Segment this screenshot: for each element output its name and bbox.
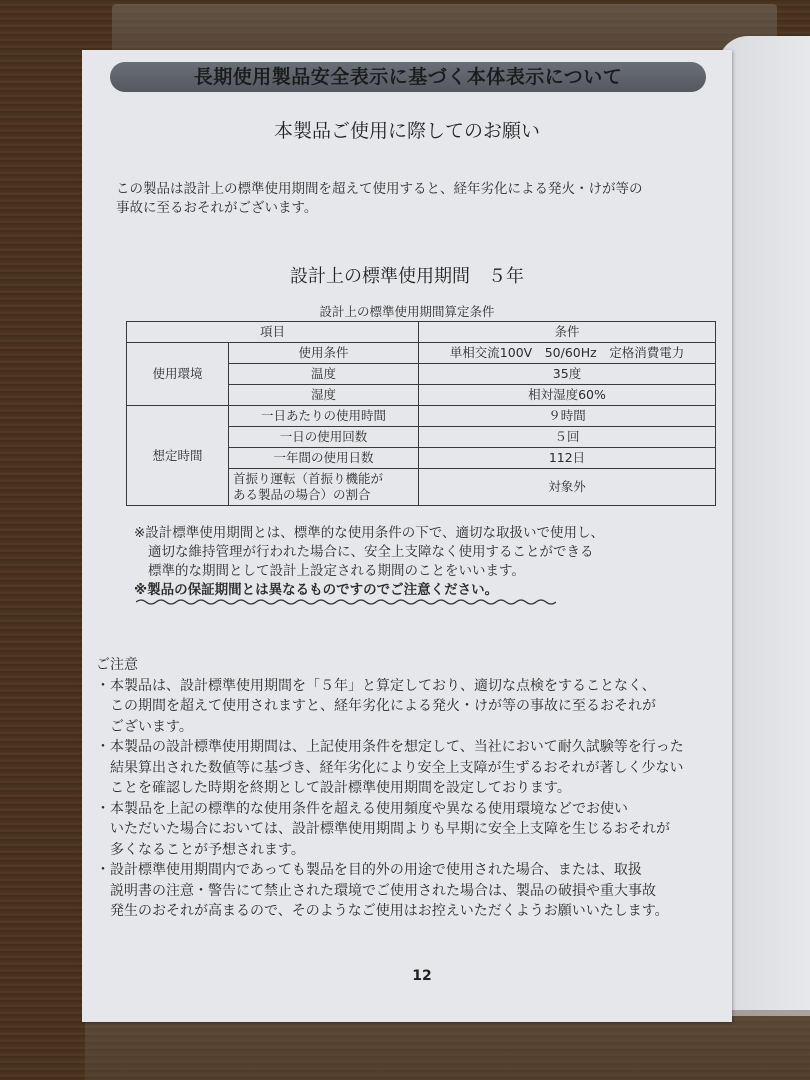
table-header-row: 項目 条件 [127, 322, 716, 343]
page-subtitle: 本製品ご使用に際してのお願い [82, 116, 732, 143]
caution-item: ・ 本製品は、設計標準使用期間を「５年」と算定しており、適切な点検をすることなく… [96, 676, 726, 738]
intro-line: この製品は設計上の標準使用期間を超えて使用すると、経年劣化による発火・けが等の [116, 180, 716, 199]
intro-paragraph: この製品は設計上の標準使用期間を超えて使用すると、経年劣化による発火・けが等の … [116, 180, 716, 218]
row-condition: 単相交流100V 50/60Hz 定格消費電力 [419, 343, 716, 364]
row-item: 一日あたりの使用時間 [229, 406, 419, 427]
table-caption: 設計上の標準使用期間算定条件 [82, 302, 732, 320]
caution-line: この期間を超えて使用されますと、経年劣化による発火・けが等の事故に至るおそれが [110, 696, 656, 717]
conditions-table: 項目 条件 使用環境 使用条件 単相交流100V 50/60Hz 定格消費電力 … [126, 321, 716, 506]
row-item: 湿度 [229, 385, 419, 406]
group-label: 使用環境 [127, 343, 229, 406]
row-item: 一年間の使用日数 [229, 448, 419, 469]
row-item: 首振り運転（首振り機能が ある製品の場合）の割合 [229, 469, 419, 506]
caution-section: ご注意 ・ 本製品は、設計標準使用期間を「５年」と算定しており、適切な点検をする… [96, 655, 726, 922]
caution-line: 本製品を上記の標準的な使用条件を超える使用頻度や異なる使用環境などでお使い [110, 799, 670, 820]
caution-line: ことを確認した時期を終期として設計標準使用期間を設定しております。 [110, 778, 684, 799]
note-line: 適切な維持管理が行われた場合に、安全上支障なく使用することができる [134, 543, 724, 562]
row-condition: 35度 [419, 364, 716, 385]
row-item: 使用条件 [229, 343, 419, 364]
note-line: 標準的な期間として設計上設定される期間のことをいいます。 [134, 562, 724, 581]
caution-line: 説明書の注意・警告にて禁止された環境でご使用された場合は、製品の破損や重大事故 [110, 881, 669, 902]
caution-line: 発生のおそれが高まるので、そのようなご使用はお控えいただくようお願いいたします。 [110, 901, 669, 922]
row-condition: 112日 [419, 448, 716, 469]
row-condition: 対象外 [419, 469, 716, 506]
definition-notes: ※設計標準使用期間とは、標準的な使用条件の下で、適切な取扱いで使用し、 適切な維… [134, 524, 724, 600]
caution-item: ・ 本製品を上記の標準的な使用条件を超える使用頻度や異なる使用環境などでお使い … [96, 799, 726, 861]
caution-heading: ご注意 [96, 655, 726, 676]
wavy-underline [136, 598, 556, 606]
page-number: 12 [82, 968, 762, 984]
header-item: 項目 [127, 322, 419, 343]
bullet-icon: ・ [96, 676, 110, 738]
row-item: 一日の使用回数 [229, 427, 419, 448]
caution-item: ・ 本製品の設計標準使用期間は、上記使用条件を想定して、当社において耐久試験等を… [96, 737, 726, 799]
caution-line: 多くなることが予想されます。 [110, 840, 670, 861]
row-condition: ５回 [419, 427, 716, 448]
caution-line: 本製品の設計標準使用期間は、上記使用条件を想定して、当社において耐久試験等を行っ… [110, 737, 684, 758]
row-condition: 相対湿度60% [419, 385, 716, 406]
section-banner: 長期使用製品安全表示に基づく本体表示について [110, 62, 706, 92]
standard-period-title: 設計上の標準使用期間 ５年 [82, 262, 732, 288]
table-row: 想定時間 一日あたりの使用時間 ９時間 [127, 406, 716, 427]
bullet-icon: ・ [96, 737, 110, 799]
group-label: 想定時間 [127, 406, 229, 506]
caution-line: 結果算出された数値等に基づき、経年劣化により安全上支障が生ずるおそれが著しく少な… [110, 758, 684, 779]
bullet-icon: ・ [96, 799, 110, 861]
caution-line: ございます。 [110, 717, 656, 738]
bullet-icon: ・ [96, 860, 110, 922]
caution-line: いただいた場合においては、設計標準使用期間よりも早期に安全上支障を生じるおそれが [110, 819, 670, 840]
intro-line: 事故に至るおそれがございます。 [116, 199, 716, 218]
caution-item: ・ 設計標準使用期間内であっても製品を目的外の用途で使用された場合、または、取扱… [96, 860, 726, 922]
table-row: 使用環境 使用条件 単相交流100V 50/60Hz 定格消費電力 [127, 343, 716, 364]
row-condition: ９時間 [419, 406, 716, 427]
caution-line: 設計標準使用期間内であっても製品を目的外の用途で使用された場合、または、取扱 [110, 860, 669, 881]
caution-line: 本製品は、設計標準使用期間を「５年」と算定しており、適切な点検をすることなく、 [110, 676, 656, 697]
header-condition: 条件 [419, 322, 716, 343]
note-line: ※設計標準使用期間とは、標準的な使用条件の下で、適切な取扱いで使用し、 [134, 524, 724, 543]
manual-page: 長期使用製品安全表示に基づく本体表示について 本製品ご使用に際してのお願い この… [82, 50, 732, 1022]
row-item: 温度 [229, 364, 419, 385]
